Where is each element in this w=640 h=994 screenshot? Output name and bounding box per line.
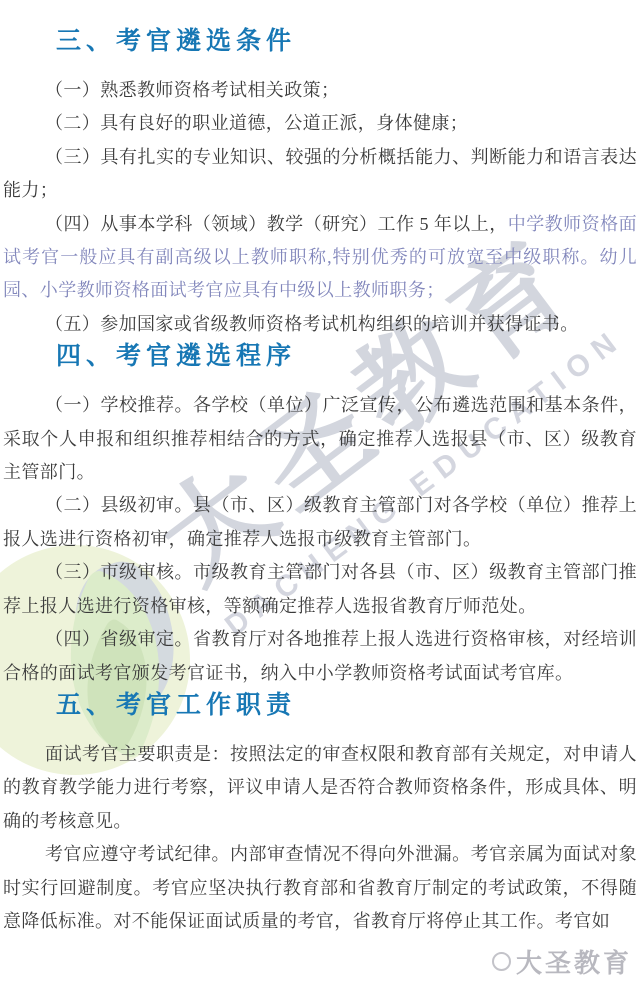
paragraph: （四）从事本学科（领域）教学（研究）工作 5 年以上，中学教师资格面试考官一般应… xyxy=(3,208,637,308)
paragraph: （五）参加国家或省级教师资格考试机构组织的培训并获得证书。 xyxy=(3,308,637,341)
section-heading-examiner-duties: 五、考官工作职责 xyxy=(56,690,637,720)
corner-brand-logo-icon xyxy=(492,952,511,971)
paragraph: （四）省级审定。省教育厅对各地推荐上报人选进行资格审核，对经培训合格的面试考官颁… xyxy=(3,623,637,690)
paragraph: （二）县级初审。县（市、区）级教育主管部门对各学校（单位）推荐上报人选进行资格初… xyxy=(3,489,637,556)
paragraph: （三）具有扎实的专业知识、较强的分析概括能力、判断能力和语言表达能力； xyxy=(3,141,637,208)
paragraph: （三）市级审核。市级教育主管部门对各县（市、区）级教育主管部门推荐上报人选进行资… xyxy=(3,556,637,623)
section-body-procedure: （一）学校推荐。各学校（单位）广泛宣传，公布遴选范围和基本条件，采取个人申报和组… xyxy=(3,389,637,690)
corner-brand-watermark: 大圣教育 xyxy=(486,941,638,982)
section-heading-examiner-selection-procedure: 四、考官遴选程序 xyxy=(56,341,637,371)
paragraph: （二）具有良好的职业道德，公道正派，身体健康； xyxy=(3,107,637,140)
paragraph: 面试考官主要职责是：按照法定的审查权限和教育部有关规定，对申请人的教育教学能力进… xyxy=(3,738,637,838)
section-heading-examiner-selection-conditions: 三、考官遴选条件 xyxy=(56,26,637,56)
document-page: 大圣教育 DACHENG EDUCATION 三、考官遴选条件 （一）熟悉教师资… xyxy=(0,0,640,994)
paragraph-black-segment: （四）从事本学科（领域）教学（研究）工作 5 年以上， xyxy=(45,214,508,234)
paragraph: （一）学校推荐。各学校（单位）广泛宣传，公布遴选范围和基本条件，采取个人申报和组… xyxy=(3,389,637,489)
document-content: 三、考官遴选条件 （一）熟悉教师资格考试相关政策； （二）具有良好的职业道德，公… xyxy=(0,0,640,938)
paragraph: 考官应遵守考试纪律。内部审查情况不得向外泄漏。考官亲属为面试对象时实行回避制度。… xyxy=(3,838,637,938)
section-body-conditions: （一）熟悉教师资格考试相关政策； （二）具有良好的职业道德，公道正派，身体健康；… xyxy=(3,74,637,341)
paragraph: （一）熟悉教师资格考试相关政策； xyxy=(3,74,637,107)
section-body-duties: 面试考官主要职责是：按照法定的审查权限和教育部有关规定，对申请人的教育教学能力进… xyxy=(3,738,637,938)
corner-brand-text: 大圣教育 xyxy=(516,943,632,980)
